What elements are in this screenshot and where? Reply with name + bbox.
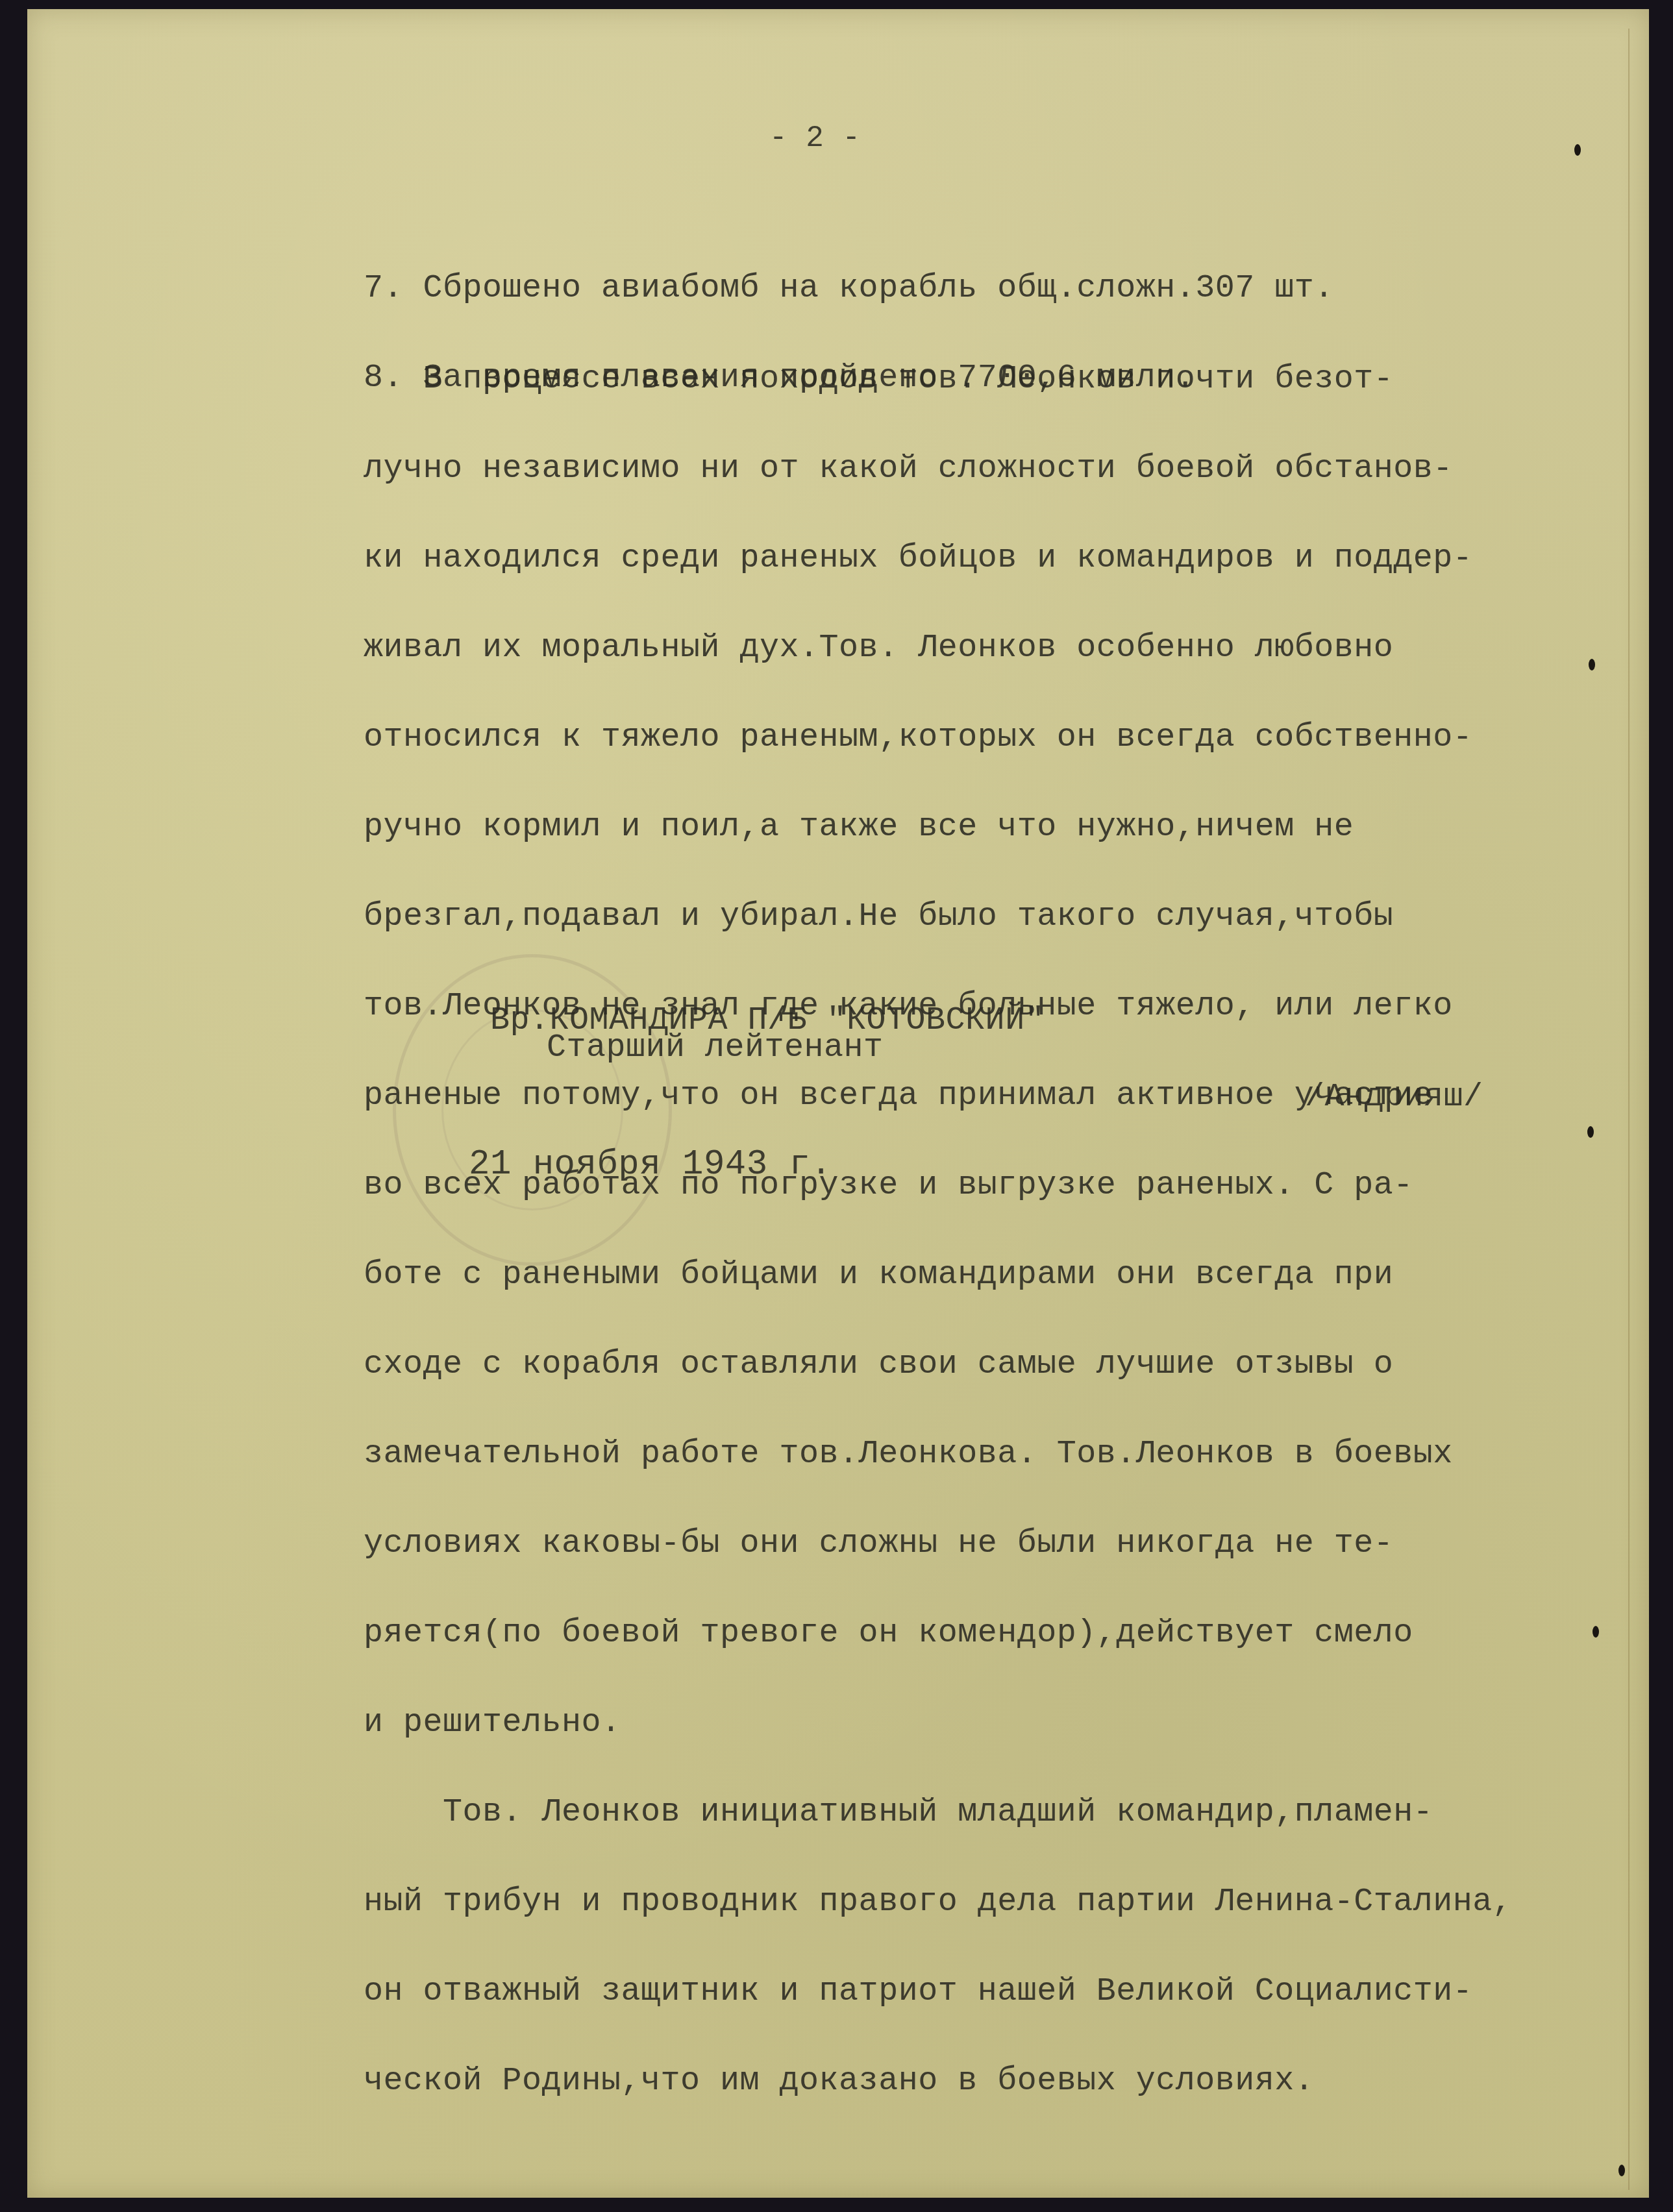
punch-hole-mark	[1592, 1626, 1599, 1638]
paper-fold-line	[1628, 29, 1630, 2190]
punch-hole-mark	[1587, 1126, 1594, 1138]
text-line: брезгал,подавал и убирал.Не было такого …	[364, 902, 1512, 932]
signer-name: /Андрияш/	[1305, 1083, 1483, 1112]
text-line: ручно кормил и поил,а также все что нужн…	[364, 813, 1512, 842]
text-line: сходе с корабля оставляли свои самые луч…	[364, 1350, 1512, 1380]
signature-rank: Старший лейтенант	[547, 1033, 884, 1063]
body-text: В процессе всех походов тов. Леонков поч…	[364, 305, 1512, 2126]
punch-hole-mark	[1589, 659, 1595, 670]
text-line: боте с ранеными бойцами и командирами он…	[364, 1260, 1512, 1290]
text-line: замечательной работе тов.Леонкова. Тов.Л…	[364, 1440, 1512, 1469]
text-line: лучно независимо ни от какой сложности б…	[364, 454, 1512, 484]
document-date: 21 ноября 1943 г.	[469, 1150, 832, 1180]
text-line: условиях каковы-бы они сложны не были ни…	[364, 1529, 1512, 1559]
text-line: ки находился среди раненых бойцов и кома…	[364, 544, 1512, 574]
page-number: - 2 -	[769, 123, 861, 153]
text-line: Тов. Леонков инициативный младший команд…	[364, 1798, 1512, 1828]
text-line: ческой Родины,что им доказано в боевых у…	[364, 2067, 1512, 2096]
text-line: живал их моральный дух.Тов. Леонков особ…	[364, 633, 1512, 663]
punch-hole-mark	[1574, 144, 1581, 156]
text-line: и решительно.	[364, 1708, 1512, 1738]
text-line: он отважный защитник и патриот нашей Вел…	[364, 1977, 1512, 2007]
text-line: относился к тяжело раненым,которых он вс…	[364, 723, 1512, 753]
punch-hole-mark	[1618, 2165, 1625, 2176]
text-line: ряется(по боевой тревоге он комендор),де…	[364, 1619, 1512, 1649]
item-7: 7. Сброшено авиабомб на корабль общ.слож…	[364, 274, 1334, 304]
text-line: ный трибун и проводник правого дела парт…	[364, 1887, 1512, 1917]
text-line: В процессе всех походов тов. Леонков поч…	[364, 365, 1512, 395]
